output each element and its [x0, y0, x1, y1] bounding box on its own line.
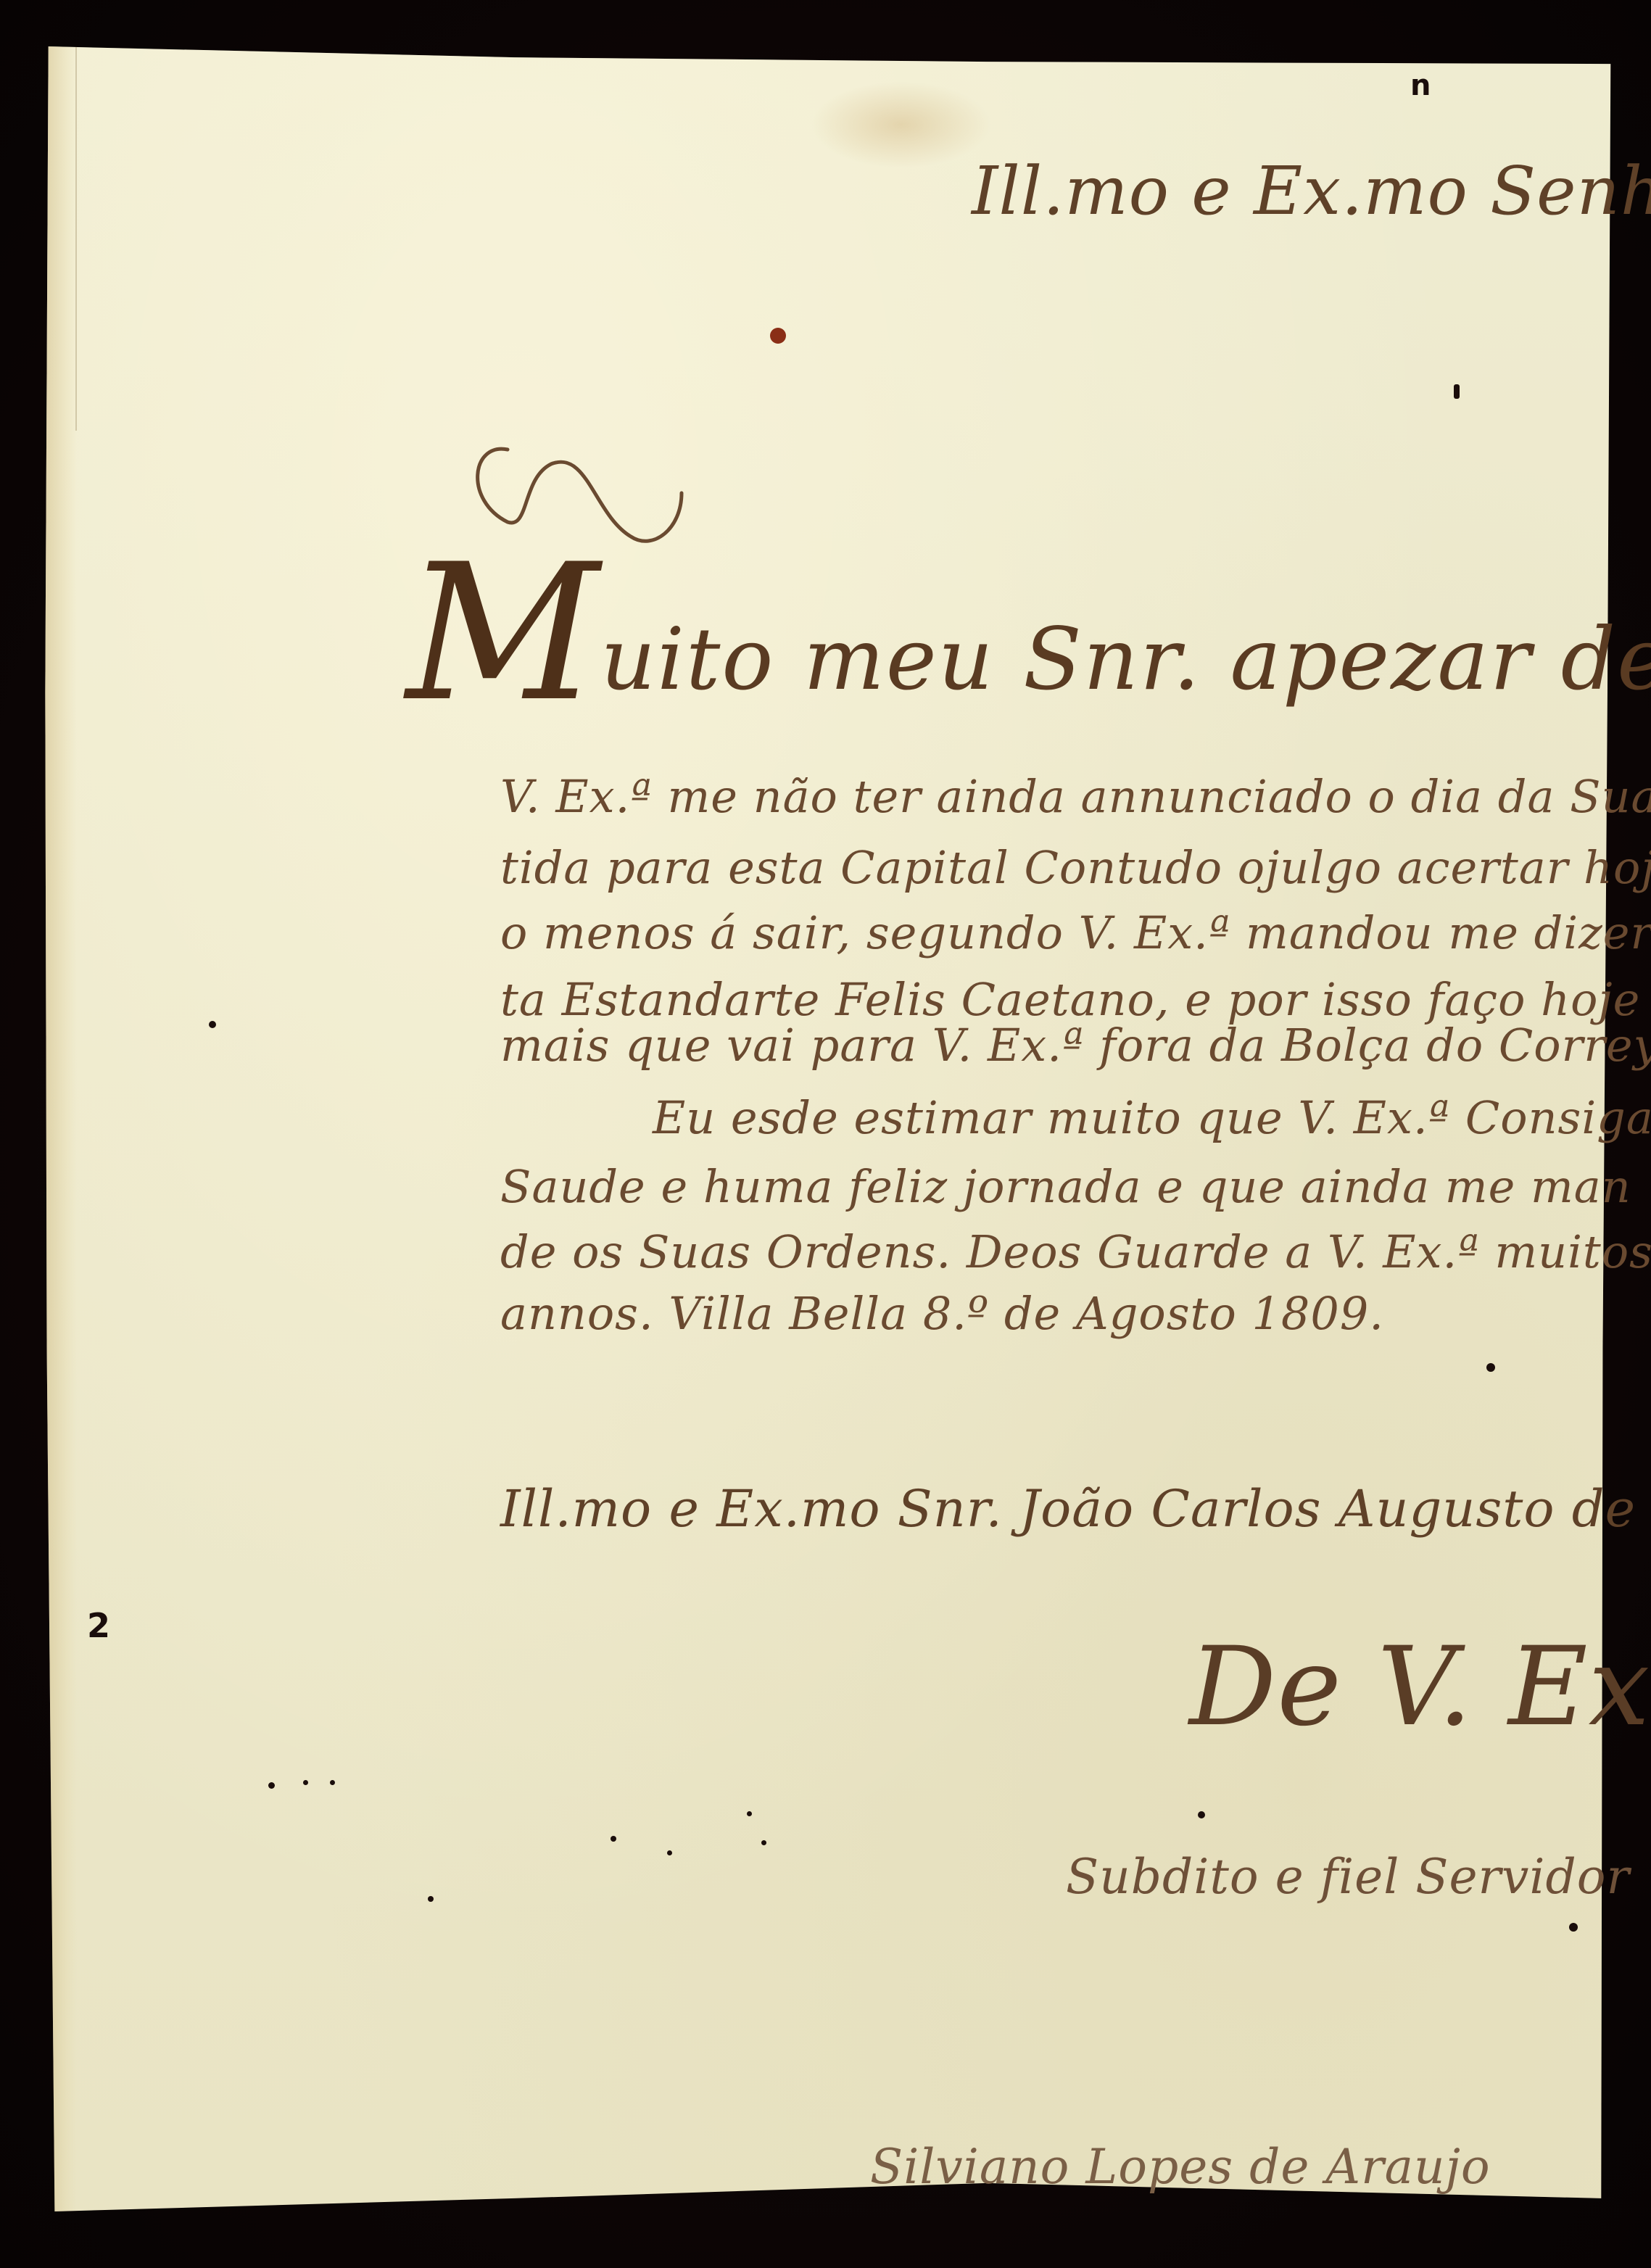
body-line: de os Suas Ordens. Deos Guarde a V. Ex.ª…: [500, 1225, 1617, 1278]
opening-initial: M: [406, 524, 600, 743]
body-line: Eu esde estimar muito que V. Ex.ª Consig…: [653, 1091, 1651, 1144]
water-stain: [811, 81, 992, 168]
body-line: tida para esta Capital Contudo ojulgo ac…: [500, 841, 1617, 894]
ink-speck: [330, 1780, 335, 1785]
date-line: annos. Villa Bella 8.º de Agosto 1809.: [500, 1287, 1617, 1340]
ink-speck: [1569, 1923, 1578, 1932]
opening-text: uito meu Snr. apezar de: [600, 609, 1651, 709]
ink-speck: [1454, 384, 1460, 399]
body-line: V. Ex.ª me não ter ainda annunciado o di…: [500, 770, 1617, 823]
corner-archive-mark: n: [1410, 69, 1431, 102]
ink-speck: [268, 1782, 275, 1789]
margin-page-number: 2: [87, 1606, 110, 1645]
ink-speck: [303, 1780, 308, 1785]
ink-speck: [1198, 1811, 1205, 1818]
signature: Silviano Lopes de Araujo: [870, 2139, 1491, 2195]
ink-speck: [761, 1840, 766, 1845]
closing-servant: Subdito e fiel Servidor: [1066, 1849, 1630, 1905]
paper-crease: [75, 38, 77, 431]
closing-formula: De V. Ex.ª: [1189, 1624, 1651, 1750]
ink-speck: [747, 1811, 752, 1816]
body-line: Saude e huma feliz jornada e que ainda m…: [500, 1160, 1617, 1213]
ink-blot: [770, 328, 786, 344]
ink-speck: [1486, 1363, 1495, 1372]
addressee-line: Ill.mo e Ex.mo Snr. João Carlos Augusto …: [500, 1479, 1651, 1539]
body-line: o menos á sair, segundo V. Ex.ª mandou m…: [500, 906, 1617, 959]
salutation-text: Ill.mo e Ex.mo Senhor.: [972, 152, 1651, 230]
ink-speck: [611, 1836, 616, 1842]
ink-speck: [209, 1021, 216, 1028]
ink-speck: [428, 1896, 434, 1902]
body-line: mais que vai para V. Ex.ª fora da Bolça …: [500, 1019, 1617, 1072]
ink-speck: [667, 1850, 672, 1855]
salutation: Ill.mo e Ex.mo Senhor.: [972, 152, 1651, 230]
addressee-text: Ill.mo e Ex.mo Snr. João Carlos Augusto …: [500, 1479, 1651, 1539]
opening-line: Muito meu Snr. apezar de: [406, 609, 1651, 709]
